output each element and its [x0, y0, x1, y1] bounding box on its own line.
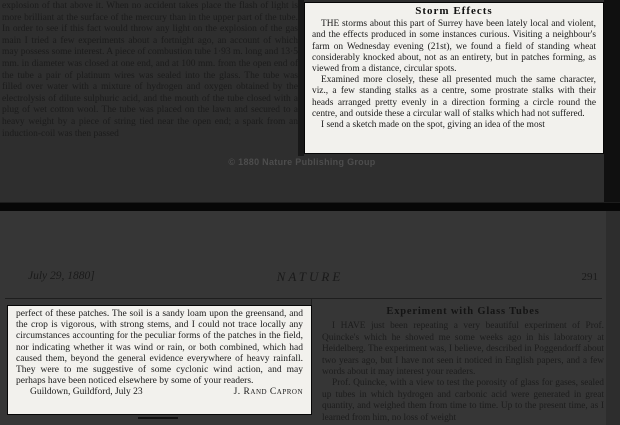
capron-letter-paragraph: perfect of these patches. The soil is a …: [16, 309, 303, 387]
storm-effects-paragraph-3: I send a sketch made on the spot, giving…: [312, 120, 596, 131]
highlight-box-capron-letter: perfect of these patches. The soil is a …: [7, 305, 312, 415]
journal-page-number: 291: [582, 271, 599, 283]
glass-tubes-paragraph-1: I HAVE just been repeating a very beauti…: [322, 321, 604, 378]
signature-name: J. Rand Capron: [234, 387, 303, 398]
storm-effects-paragraph-1: THE storms about this part of Surrey hav…: [312, 19, 596, 75]
storm-effects-paragraph-2: Examined more closely, these all present…: [312, 75, 596, 120]
column-divider-tick: [311, 298, 312, 305]
scanned-page-top: explosion of that above it. When no acci…: [0, 0, 620, 202]
glass-tubes-article: Experiment with Glass Tubes I HAVE just …: [322, 306, 604, 425]
section-separator: [138, 417, 178, 419]
scanned-page-bottom: July 29, 1880] NATURE 291 perfect of the…: [0, 211, 620, 425]
signature-place: Guildown, Guildford, July 23: [30, 387, 143, 398]
storm-effects-title: Storm Effects: [312, 6, 596, 17]
copyright-notice: © 1880 Nature Publishing Group: [0, 157, 604, 167]
glass-tubes-paragraph-2: Prof. Quincke, with a view to test the p…: [322, 378, 604, 424]
highlight-box-storm-effects: Storm Effects THE storms about this part…: [304, 2, 604, 154]
page-edge-shadow-bottom: [606, 211, 620, 425]
glass-tubes-title: Experiment with Glass Tubes: [322, 306, 604, 317]
journal-name: NATURE: [0, 269, 620, 285]
signature-row: Guildown, Guildford, July 23 J. Rand Cap…: [16, 387, 303, 398]
header-rule: [5, 298, 602, 299]
dimmed-left-column-text: explosion of that above it. When no acci…: [2, 1, 298, 153]
page-edge-shadow-top: [604, 0, 620, 202]
